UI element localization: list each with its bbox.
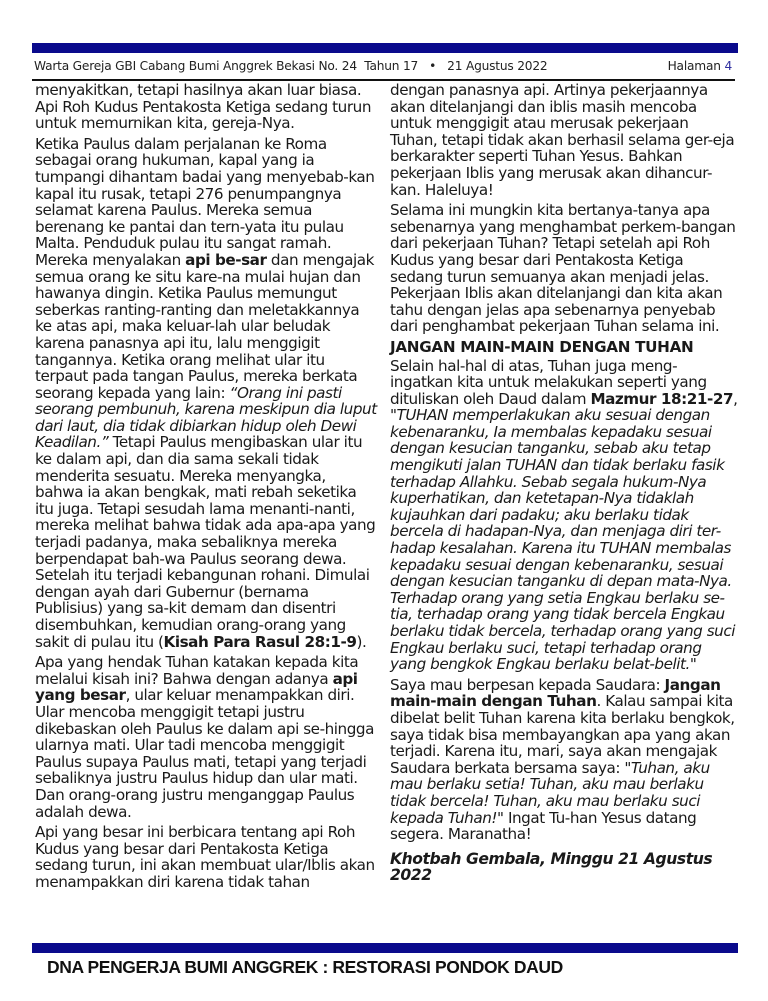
header-publication-line: Warta Gereja GBI Cabang Bumi Anggrek Bek… <box>34 59 547 73</box>
text-run: Tetapi Paulus mengibaskan ular itu ke da… <box>35 433 375 650</box>
section-heading: JANGAN MAIN-MAIN DENGAN TUHAN <box>390 339 738 356</box>
text-run: ). <box>356 633 366 651</box>
left-column: menyakitkan, tetapi hasilnya akan luar b… <box>35 82 378 895</box>
page-number: 4 <box>724 59 732 73</box>
text-run: , <box>733 390 737 408</box>
footer-slogan: DNA PENGERJA BUMI ANGGREK : RESTORASI PO… <box>47 957 563 978</box>
page-header: Warta Gereja GBI Cabang Bumi Anggrek Bek… <box>34 57 736 77</box>
issue-date: 21 Agustus 2022 <box>447 59 547 73</box>
paragraph: Saya mau berpesan kepada Saudara: Jangan… <box>390 677 738 843</box>
scripture-reference: Kisah Para Rasul 28:1-9 <box>164 633 357 651</box>
paragraph: Api yang besar ini berbicara tentang api… <box>35 824 378 890</box>
paragraph: dengan panasnya api. Artinya pekerjaanny… <box>390 82 738 198</box>
sermon-signature: Khotbah Gembala, Minggu 21 Agustus 2022 <box>390 851 738 884</box>
paragraph: Apa yang hendak Tuhan katakan kepada kit… <box>35 654 378 820</box>
header-top-bar <box>32 43 738 53</box>
scripture-reference: Mazmur 18:21-27 <box>590 390 733 408</box>
text-run: Apa yang hendak Tuhan katakan kepada kit… <box>35 653 358 688</box>
text-run: Saya mau berpesan kepada Saudara: <box>390 676 665 694</box>
page-label: Halaman <box>668 59 721 73</box>
text-run: Ketika Paulus dalam perjalanan ke Roma s… <box>35 135 374 269</box>
right-column: dengan panasnya api. Artinya pekerjaanny… <box>390 82 738 888</box>
paragraph: Ketika Paulus dalam perjalanan ke Roma s… <box>35 136 378 650</box>
emphasis-text: api be-sar <box>185 251 266 269</box>
text-run: , ular keluar menampakkan diri. Ular men… <box>35 686 374 820</box>
page-indicator: Halaman 4 <box>668 59 732 73</box>
footer-bar <box>32 943 738 953</box>
paragraph: Selain hal-hal di atas, Tuhan juga meng-… <box>390 358 738 673</box>
paragraph: Selama ini mungkin kita bertanya-tanya a… <box>390 202 738 335</box>
publication-title: Warta Gereja GBI Cabang Bumi Anggrek Bek… <box>34 59 418 73</box>
quote-text: "TUHAN memperlakukan aku sesuai dengan k… <box>390 406 735 673</box>
bullet-separator: • <box>429 59 436 73</box>
paragraph: menyakitkan, tetapi hasilnya akan luar b… <box>35 82 378 132</box>
text-run: dan mengajak semua orang ke situ kare-na… <box>35 251 374 402</box>
